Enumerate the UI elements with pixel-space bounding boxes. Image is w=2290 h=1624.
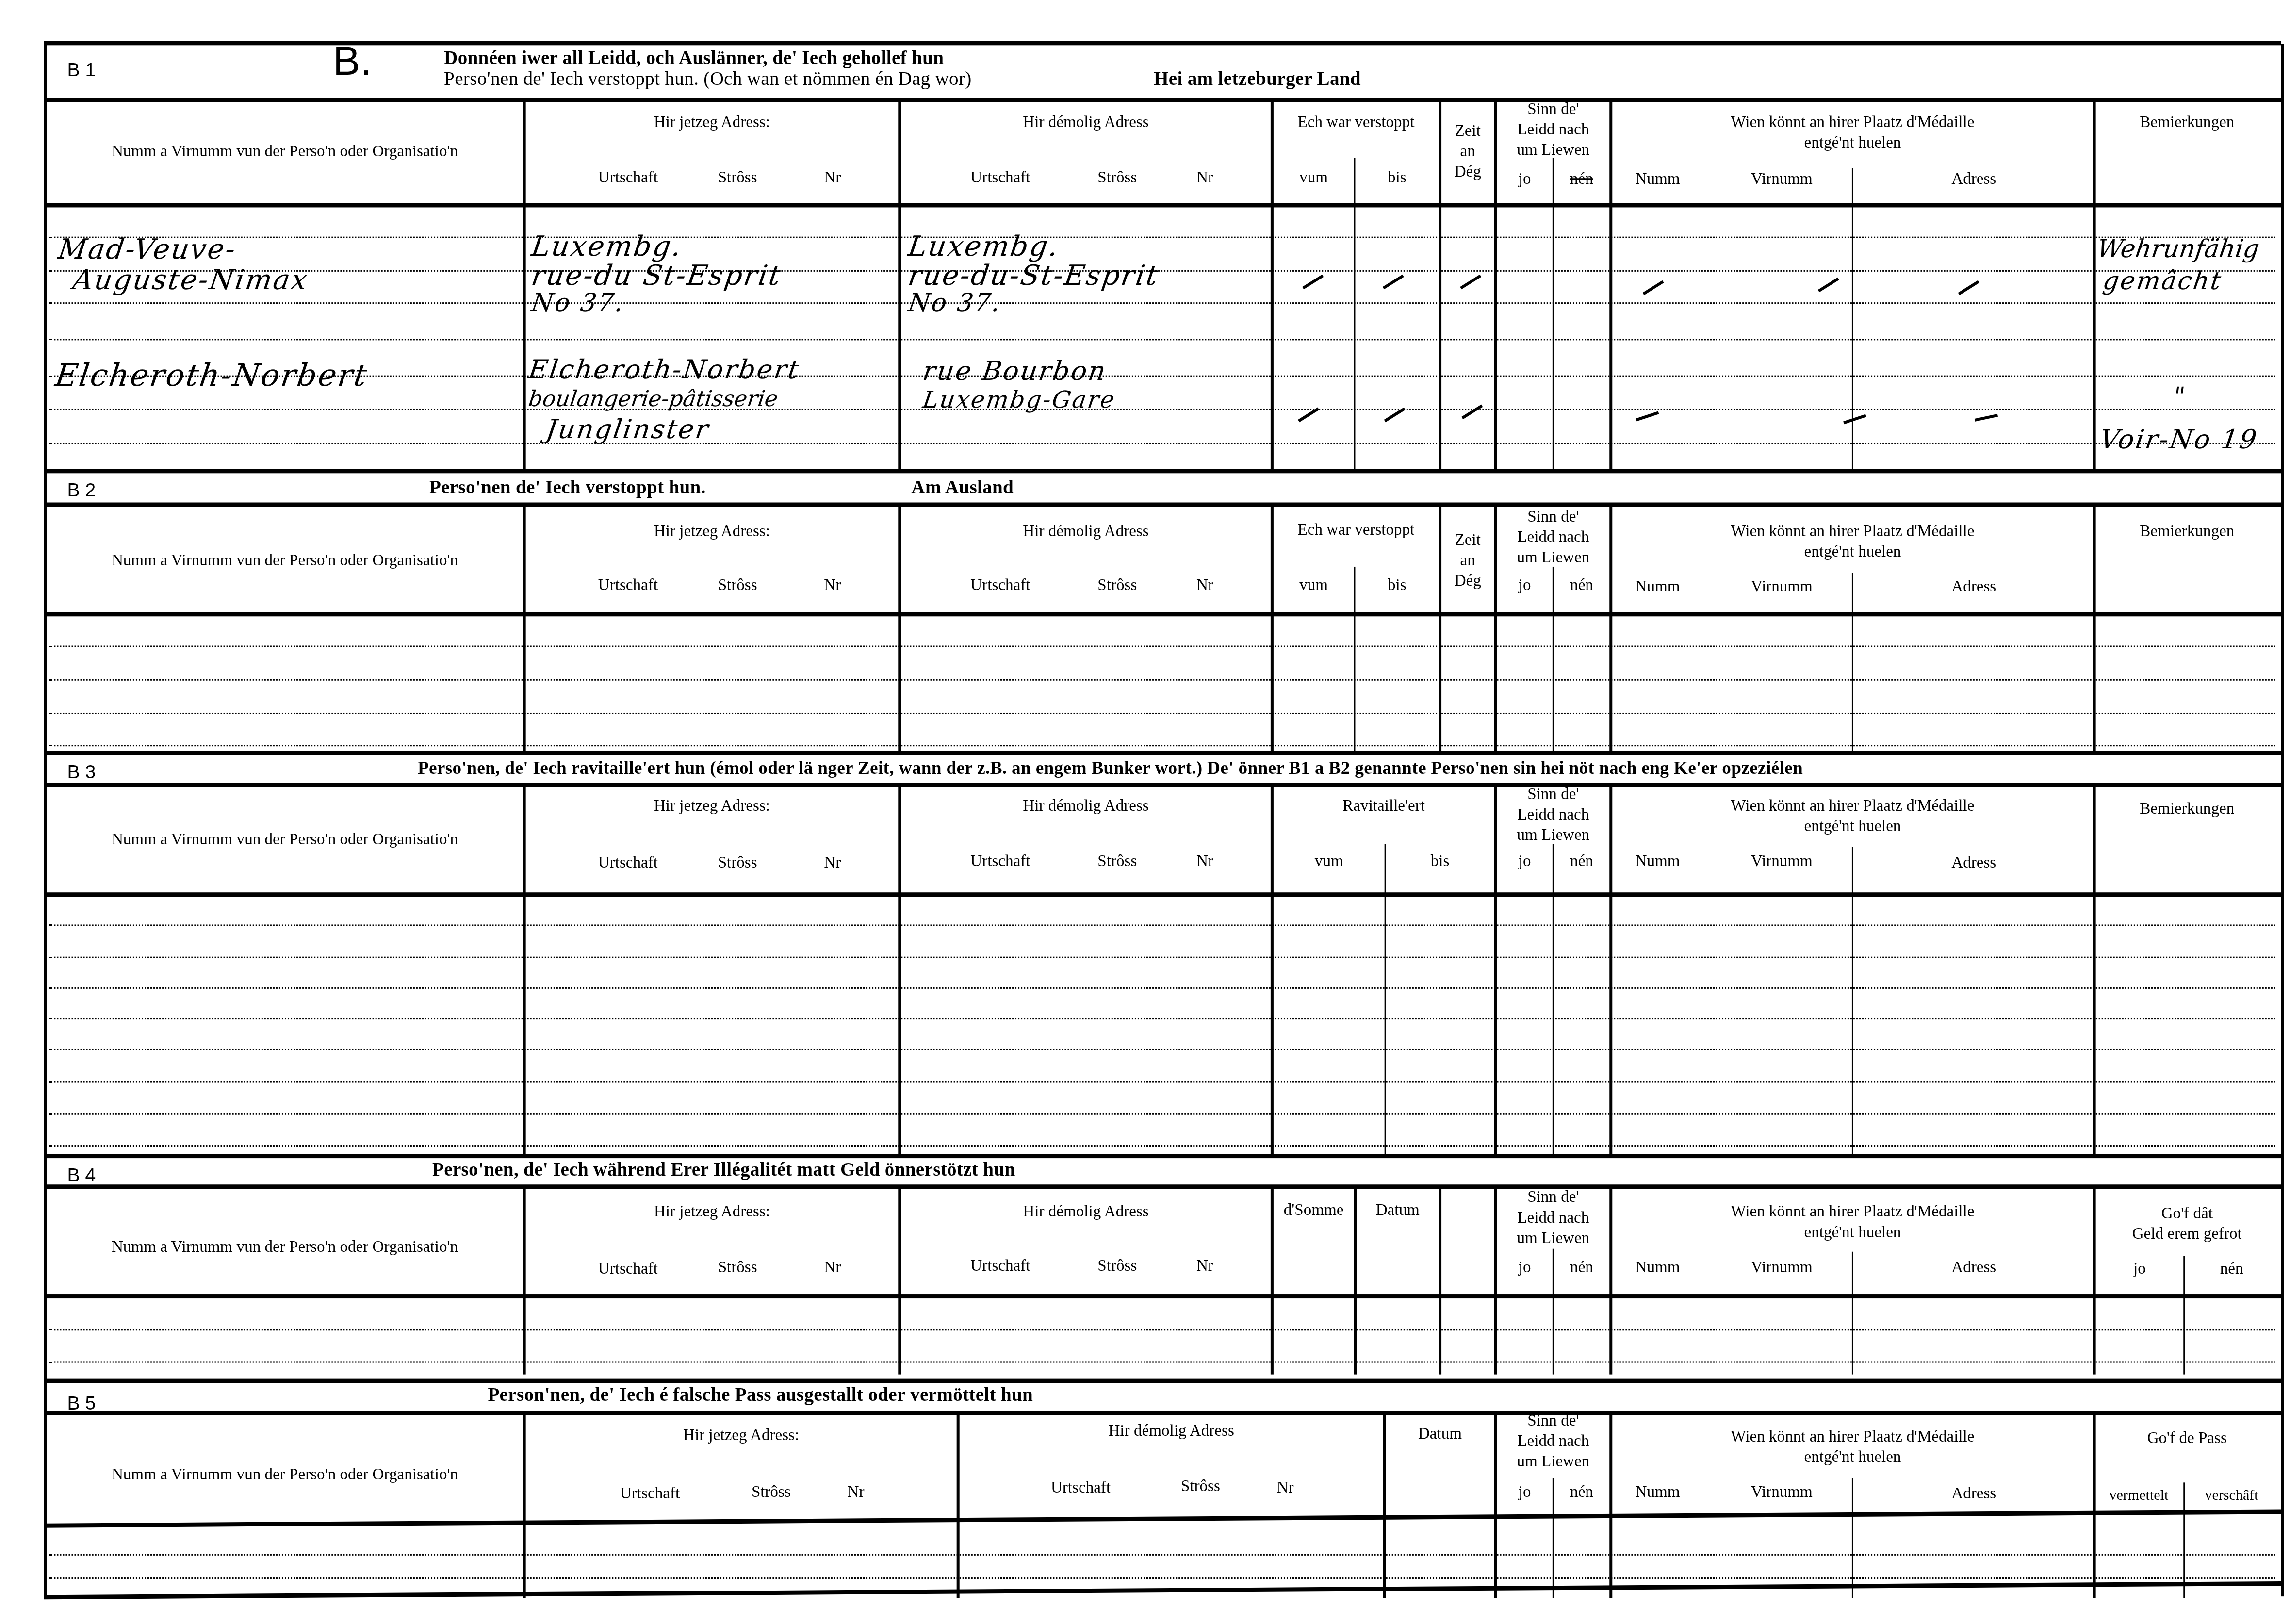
header-nr: Nr: [1256, 1478, 1314, 1498]
entry-former-address: rue Bourbon: [921, 356, 1109, 387]
header-survival: Sinn de': [1497, 784, 1609, 804]
header-nr: Nr: [803, 168, 862, 188]
header-nr: Nr: [1176, 575, 1234, 596]
header-survival: Leidd nach: [1497, 120, 1609, 140]
header-nr: Nr: [1176, 1256, 1234, 1277]
header-days: Dég: [1441, 571, 1494, 591]
header-jo: jo: [2096, 1259, 2184, 1280]
section-b4-header: B 4 Perso'nen, de' Iech während Erer Ill…: [47, 1157, 2278, 1186]
entry-name: Auguste-Nimax: [71, 264, 311, 296]
header-money-returned: Go'f dât: [2096, 1203, 2278, 1224]
header-medal: Wien könnt an hirer Plaatz d'Médaille: [1612, 522, 2093, 542]
entry-remarks: gemâcht: [2101, 267, 2224, 296]
header-nr: Nr: [1176, 168, 1234, 188]
header-adress: Adress: [1855, 1258, 2093, 1278]
header-survival: Leidd nach: [1497, 527, 1609, 548]
header-medal: entgé'nt huelen: [1612, 817, 2093, 837]
header-nen: nén: [1554, 575, 1609, 596]
header-urtschaft: Urtschaft: [570, 168, 687, 188]
header-vermettelt: vermettelt: [2094, 1487, 2184, 1507]
header-bis: bis: [1386, 852, 1494, 872]
header-stross: Strôss: [1073, 852, 1161, 872]
header-stross: Strôss: [694, 853, 782, 873]
header-former-address: Hir démolig Adress: [901, 113, 1271, 133]
header-nen: nén: [1554, 1258, 1609, 1278]
header-medal: Wien könnt an hirer Plaatz d'Médaille: [1612, 1427, 2093, 1447]
header-survival: um Liewen: [1497, 825, 1609, 846]
header-urtschaft: Urtschaft: [942, 575, 1059, 596]
header-remarks: Bemierkungen: [2096, 113, 2278, 133]
section-title-line2: Perso'nen de' Iech verstoppt hun. (Och w…: [444, 67, 971, 90]
header-urtschaft: Urtschaft: [1022, 1478, 1139, 1498]
header-numm: Numm: [1621, 1482, 1694, 1503]
header-urtschaft: Urtschaft: [570, 575, 687, 596]
header-date: Datum: [1357, 1200, 1439, 1221]
header-medal: Wien könnt an hirer Plaatz d'Médaille: [1612, 113, 2093, 133]
header-virnumm: Virnumm: [1731, 169, 1833, 190]
header-nen: nén: [2185, 1259, 2278, 1280]
header-survival: Leidd nach: [1497, 1208, 1609, 1228]
header-virnumm: Virnumm: [1731, 852, 1833, 872]
form-letter: B.: [333, 38, 372, 84]
header-virnumm: Virnumm: [1731, 577, 1833, 597]
header-virnumm: Virnumm: [1731, 1482, 1833, 1503]
entry-current-address: boulangerie-pâtisserie: [527, 386, 780, 412]
header-numm: Numm: [1621, 577, 1694, 597]
header-nr: Nr: [803, 853, 862, 873]
header-remarks: Bemierkungen: [2096, 799, 2278, 820]
header-stross: Strôss: [694, 1258, 782, 1278]
header-medal: Wien könnt an hirer Plaatz d'Médaille: [1612, 1202, 2093, 1222]
section-id: B 3: [67, 761, 96, 783]
header-urtschaft: Urtschaft: [591, 1484, 708, 1504]
entry-name: Elcheroth-Norbert: [53, 358, 370, 393]
entry-former-address: Luxembg-Gare: [921, 386, 1117, 413]
header-survival: um Liewen: [1497, 1452, 1609, 1472]
entry-former-address: Luxembg.: [906, 231, 1062, 263]
header-name: Numm a Virnumm vun der Perso'n oder Orga…: [47, 551, 523, 571]
header-days: an: [1441, 142, 1494, 162]
rule: [44, 98, 2281, 102]
header-hidden: Ech war verstoppt: [1274, 520, 1439, 541]
section-title: Perso'nen, de' Iech ravitaille'ert hun (…: [418, 758, 1803, 780]
header-former-address: Hir démolig Adress: [960, 1421, 1383, 1442]
section-b5-header: B 5 Person'nen, de' Iech é falsche Pass …: [47, 1382, 2278, 1414]
header-former-address: Hir démolig Adress: [901, 796, 1271, 817]
header-current-address: Hir jetzeg Adress:: [526, 522, 899, 542]
header-medal: entgé'nt huelen: [1612, 133, 2093, 153]
header-survival: Sinn de': [1497, 1187, 1609, 1208]
header-stross: Strôss: [727, 1482, 815, 1503]
header-vum: vum: [1274, 168, 1354, 188]
header-nr: Nr: [1176, 852, 1234, 872]
header-current-address: Hir jetzeg Adress:: [526, 1426, 957, 1446]
header-nen: nén: [1554, 1482, 1609, 1503]
header-stross: Strôss: [1157, 1476, 1244, 1497]
header-date: Datum: [1386, 1424, 1494, 1444]
header-name: Numm a Virnumm vun der Perso'n oder Orga…: [47, 830, 523, 850]
section-title-suffix: Am Ausland: [911, 476, 1014, 499]
header-hidden: Ech war verstoppt: [1274, 113, 1439, 133]
header-stross: Strôss: [1073, 575, 1161, 596]
header-money-returned: Geld erem gefrot: [2096, 1224, 2278, 1245]
header-jo: jo: [1497, 575, 1552, 596]
header-sum: d'Somme: [1274, 1200, 1354, 1221]
header-numm: Numm: [1621, 1258, 1694, 1278]
entry-remarks: Wehrunfähig: [2095, 235, 2261, 264]
header-survival: um Liewen: [1497, 140, 1609, 161]
rule: [44, 203, 2281, 207]
header-adress: Adress: [1855, 853, 2093, 873]
header-days: Zeit: [1441, 530, 1494, 551]
section-title-line1: Donnéen iwer all Leidd, och Auslänner, d…: [444, 47, 944, 70]
header-urtschaft: Urtschaft: [942, 168, 1059, 188]
header-numm: Numm: [1621, 852, 1694, 872]
header-stross: Strôss: [694, 168, 782, 188]
header-virnumm: Virnumm: [1731, 1258, 1833, 1278]
section-id: B 1: [67, 58, 96, 80]
header-jo: jo: [1497, 852, 1552, 872]
header-numm: Numm: [1621, 169, 1694, 190]
header-jo: jo: [1497, 1482, 1552, 1503]
header-former-address: Hir démolig Adress: [901, 522, 1271, 542]
section-title-suffix: Hei am letzeburger Land: [1154, 67, 1361, 90]
entry-former-address: No 37.: [906, 289, 1003, 318]
header-name: Numm a Virnumm vun der Perso'n oder Orga…: [47, 1237, 523, 1258]
header-urtschaft: Urtschaft: [570, 853, 687, 873]
section-id: B 4: [67, 1164, 96, 1186]
header-stross: Strôss: [694, 575, 782, 596]
header-bis: bis: [1355, 168, 1439, 188]
entry-former-address: rue-du-St-Esprit: [906, 260, 1161, 292]
header-remarks: Bemierkungen: [2096, 522, 2278, 542]
header-verschaft: verschâft: [2185, 1487, 2278, 1507]
header-days: Zeit: [1441, 121, 1494, 142]
section-title: Perso'nen de' Iech verstoppt hun.: [429, 476, 706, 499]
header-survival: Sinn de': [1497, 99, 1609, 120]
header-nr: Nr: [803, 575, 862, 596]
header-survival: Leidd nach: [1497, 1431, 1609, 1452]
section-b1-header: B 1 B. Donnéen iwer all Leidd, och Auslä…: [47, 44, 2278, 99]
header-vum: vum: [1274, 575, 1354, 596]
header-current-address: Hir jetzeg Adress:: [526, 796, 899, 817]
entry-name: Mad-Veuve-: [56, 234, 239, 266]
header-bis: bis: [1355, 575, 1439, 596]
header-stross: Strôss: [1073, 1256, 1161, 1277]
header-nen: nén: [1554, 169, 1609, 190]
entry-remarks: Voir-No 19: [2098, 425, 2260, 456]
header-former-address: Hir démolig Adress: [901, 1202, 1271, 1222]
header-adress: Adress: [1855, 169, 2093, 190]
header-medal: entgé'nt huelen: [1612, 1447, 2093, 1468]
section-title: Person'nen, de' Iech é falsche Pass ausg…: [488, 1383, 1033, 1407]
header-urtschaft: Urtschaft: [942, 852, 1059, 872]
header-current-address: Hir jetzeg Adress:: [526, 1202, 899, 1222]
header-jo: jo: [1497, 1258, 1552, 1278]
header-nr: Nr: [803, 1258, 862, 1278]
form-page: B 1 B. Donnéen iwer all Leidd, och Auslä…: [0, 0, 2290, 1624]
header-passport: Go'f de Pass: [2096, 1428, 2278, 1449]
section-b3-header: B 3 Perso'nen, de' Iech ravitaille'ert h…: [47, 754, 2278, 784]
header-current-address: Hir jetzeg Adress:: [526, 113, 899, 133]
section-id: B 2: [67, 479, 96, 501]
entry-current-address: rue-du St-Esprit: [529, 260, 784, 292]
header-urtschaft: Urtschaft: [570, 1259, 687, 1280]
entry-current-address: No 37.: [529, 289, 626, 318]
header-nr: Nr: [827, 1482, 885, 1503]
header-urtschaft: Urtschaft: [942, 1256, 1059, 1277]
header-nen: nén: [1554, 852, 1609, 872]
section-b2-header: B 2 Perso'nen de' Iech verstoppt hun. Am…: [47, 472, 2278, 504]
header-survival: um Liewen: [1497, 1229, 1609, 1249]
entry-current-address: Luxembg.: [529, 231, 685, 263]
header-medal: entgé'nt huelen: [1612, 542, 2093, 562]
section-title: Perso'nen, de' Iech während Erer Illégal…: [432, 1158, 1015, 1181]
header-stross: Strôss: [1073, 168, 1161, 188]
entry-current-address: Junglinster: [544, 415, 711, 445]
entry-current-address: Elcheroth-Norbert: [526, 355, 802, 385]
header-survival: Sinn de': [1497, 1411, 1609, 1431]
header-jo: jo: [1497, 169, 1552, 190]
header-supplied: Ravitaille'ert: [1274, 796, 1494, 817]
header-days: Dég: [1441, 162, 1494, 182]
header-adress: Adress: [1855, 577, 2093, 597]
header-medal: Wien könnt an hirer Plaatz d'Médaille: [1612, 796, 2093, 817]
header-adress: Adress: [1855, 1484, 2093, 1504]
header-name: Numm a Virnumm vun der Perso'n oder Orga…: [47, 142, 523, 162]
header-survival: Leidd nach: [1497, 805, 1609, 825]
header-days: an: [1441, 551, 1494, 571]
header-survival: um Liewen: [1497, 548, 1609, 568]
header-medal: entgé'nt huelen: [1612, 1223, 2093, 1243]
header-survival: Sinn de': [1497, 507, 1609, 527]
header-name: Numm a Virnumm vun der Perso'n oder Orga…: [47, 1465, 523, 1485]
header-vum: vum: [1274, 852, 1385, 872]
